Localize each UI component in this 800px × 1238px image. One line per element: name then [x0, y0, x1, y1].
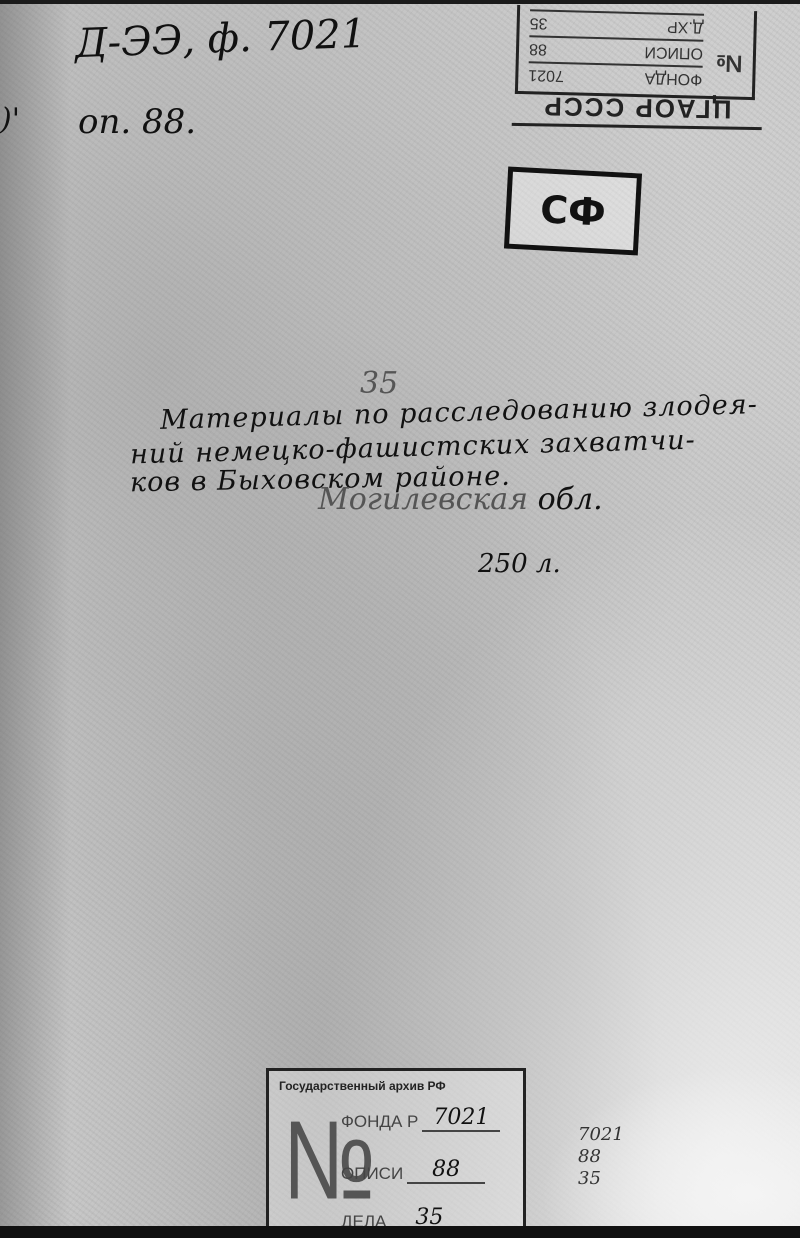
- region-label: Могилевская обл.: [318, 482, 603, 517]
- stamp-row-label: ФОНДА: [644, 68, 702, 88]
- stamp-row-label: Д.ХР: [667, 17, 704, 36]
- case-number: 35: [360, 366, 398, 401]
- side-note: 88: [578, 1146, 624, 1168]
- handwritten-fond-reference: Д-ЭЭ, ф. 7021: [74, 11, 367, 67]
- stamp-row-value: 35: [530, 13, 548, 31]
- margin-mark: )': [0, 102, 20, 137]
- stamp-row: Д.ХР 35: [529, 9, 704, 38]
- fond-value: 7021: [422, 1105, 500, 1132]
- stamp-row-label: ОПИСИ: [644, 42, 703, 62]
- side-note: 35: [578, 1168, 624, 1190]
- fond-label: ФОНДА Р: [341, 1112, 418, 1132]
- side-notes: 7021 88 35: [574, 1124, 624, 1190]
- state-archive-stamp: Государственный архив РФ № ФОНДА Р 7021 …: [266, 1068, 526, 1238]
- stamp-row-value: 88: [529, 39, 547, 57]
- number-sign-icon: №: [716, 48, 743, 77]
- stamp-row-value: 7021: [528, 65, 564, 84]
- region-suffix: обл.: [538, 482, 603, 517]
- scan-border: [0, 1226, 800, 1238]
- archive-stamp-header: Государственный архив РФ: [279, 1079, 446, 1093]
- fond-field: ФОНДА Р 7021: [341, 1105, 500, 1132]
- side-note: 7021: [578, 1124, 624, 1146]
- ussr-archive-stamp: Д.ХР 35 ОПИСИ 88 ФОНДА 7021 №: [515, 5, 757, 100]
- sheet-count: 250 л.: [478, 549, 561, 579]
- stamp-row: ФОНДА 7021: [528, 61, 703, 90]
- region-name: Могилевская: [318, 482, 528, 517]
- ussr-archive-stamp-title: ЦГАОР СССР: [512, 90, 763, 130]
- opis-field: ОПИСИ 88: [341, 1157, 485, 1184]
- classification-stamp: СФ: [504, 167, 642, 256]
- opis-label: ОПИСИ: [341, 1164, 403, 1184]
- handwritten-opis-reference: оп. 88.: [78, 102, 196, 142]
- stamp-row: ОПИСИ 88: [529, 35, 704, 64]
- document-page: )' Д-ЭЭ, ф. 7021 оп. 88. Д.ХР 35 ОПИСИ 8…: [0, 4, 800, 1226]
- scan-shadow: [0, 4, 70, 1226]
- opis-value: 88: [407, 1157, 485, 1184]
